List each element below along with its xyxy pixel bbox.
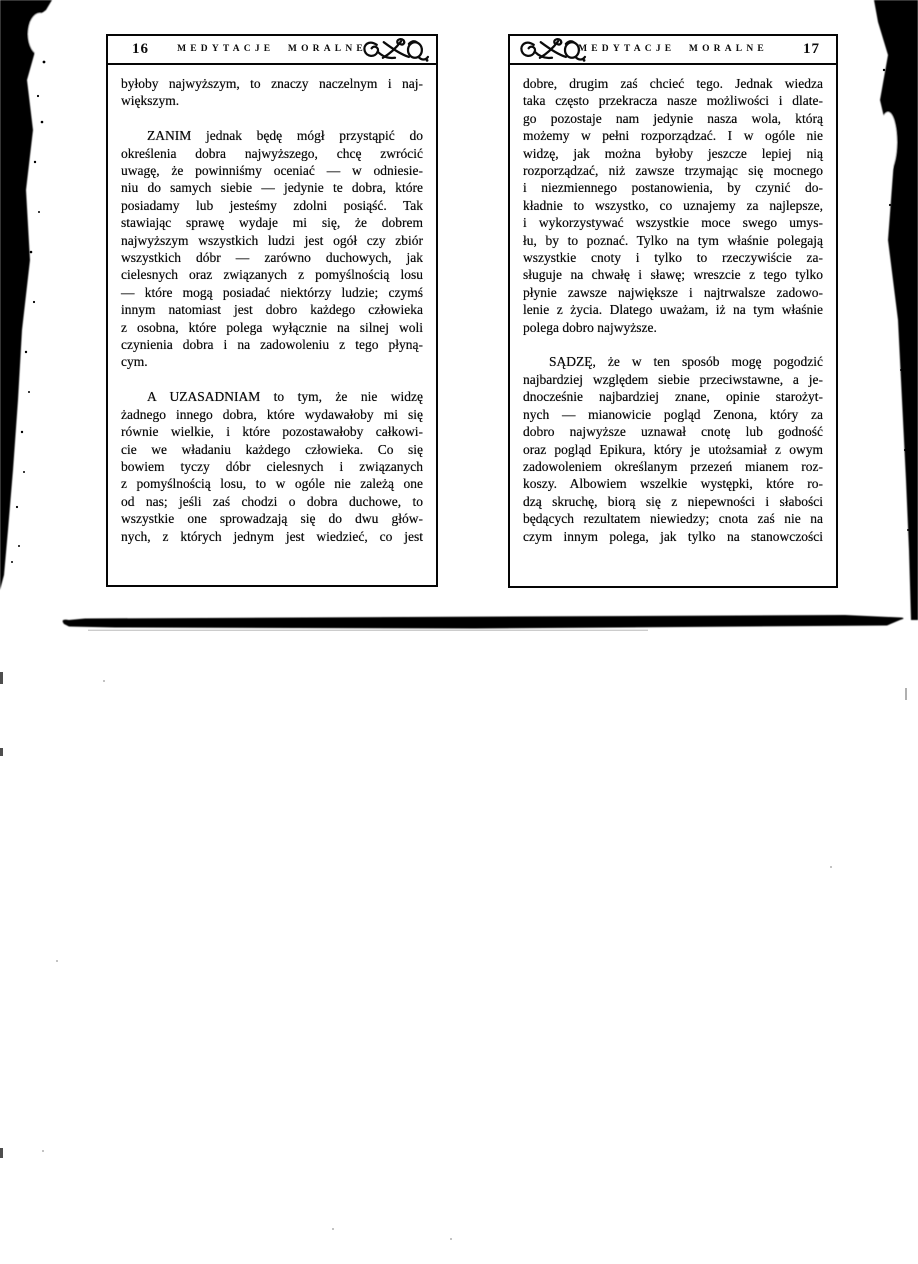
page-left-text: byłoby najwyższym, to znaczy naczelnym i… bbox=[108, 65, 436, 545]
dust-speck bbox=[332, 1228, 334, 1230]
paragraph-text: byłoby najwyższym, to znaczy naczelnym i… bbox=[121, 75, 423, 92]
film-edge-dash bbox=[0, 672, 3, 684]
running-title-right: MEDYTACJE MORALNE bbox=[578, 44, 768, 54]
paragraph-text: A UZASADNIAM to tym, że nie widzę żadneg… bbox=[121, 388, 423, 545]
film-edge-right-artifact bbox=[868, 0, 918, 625]
film-edge-left-artifact bbox=[0, 0, 70, 600]
dust-speck bbox=[42, 1150, 44, 1152]
page-number-left: 16 bbox=[132, 41, 149, 58]
page-left-header: 16 MEDYTACJE MORALNE bbox=[108, 36, 436, 65]
page-left: 16 MEDYTACJE MORALNE byłoby najwyższym, bbox=[106, 34, 438, 587]
film-edge-dash bbox=[0, 1148, 3, 1158]
paragraph-last-line: polega dobro najwyższe. bbox=[523, 319, 823, 336]
paragraph-text: dobre, drugim zaś chcieć tego. Jednak wi… bbox=[523, 75, 823, 319]
paragraph: byłoby najwyższym, to znaczy naczelnym i… bbox=[121, 75, 423, 110]
dust-speck bbox=[56, 960, 58, 962]
dust-speck bbox=[830, 866, 832, 868]
scanned-book-spread: 16 MEDYTACJE MORALNE byłoby najwyższym, bbox=[0, 0, 918, 1264]
paragraph-text: SĄDZĘ, że w ten sposób mogę pogodzić naj… bbox=[523, 353, 823, 544]
separator-bar-artifact bbox=[55, 610, 915, 640]
paragraph: A UZASADNIAM to tym, że nie widzę żadneg… bbox=[121, 388, 423, 545]
dust-speck bbox=[450, 1238, 452, 1240]
page-right: MEDYTACJE MORALNE 17 dobre, drugim zaś c… bbox=[508, 34, 838, 588]
paragraph: SĄDZĘ, że w ten sposób mogę pogodzić naj… bbox=[523, 353, 823, 544]
film-edge-dash bbox=[0, 748, 3, 756]
paragraph-last-line: większym. bbox=[121, 92, 423, 109]
dust-speck bbox=[103, 680, 105, 682]
paragraph-last-line: cym. bbox=[121, 353, 423, 370]
paragraph: dobre, drugim zaś chcieć tego. Jednak wi… bbox=[523, 75, 823, 336]
dust-speck bbox=[905, 688, 907, 700]
running-title-left: MEDYTACJE MORALNE bbox=[177, 44, 367, 54]
printer-flourish-ornament-icon bbox=[357, 37, 433, 63]
page-right-header: MEDYTACJE MORALNE 17 bbox=[510, 36, 836, 65]
page-right-text: dobre, drugim zaś chcieć tego. Jednak wi… bbox=[510, 65, 836, 545]
page-number-right: 17 bbox=[803, 41, 820, 58]
paragraph: ZANIM jednak będę mógł przystąpić do okr… bbox=[121, 127, 423, 371]
paragraph-text: ZANIM jednak będę mógł przystąpić do okr… bbox=[121, 127, 423, 353]
